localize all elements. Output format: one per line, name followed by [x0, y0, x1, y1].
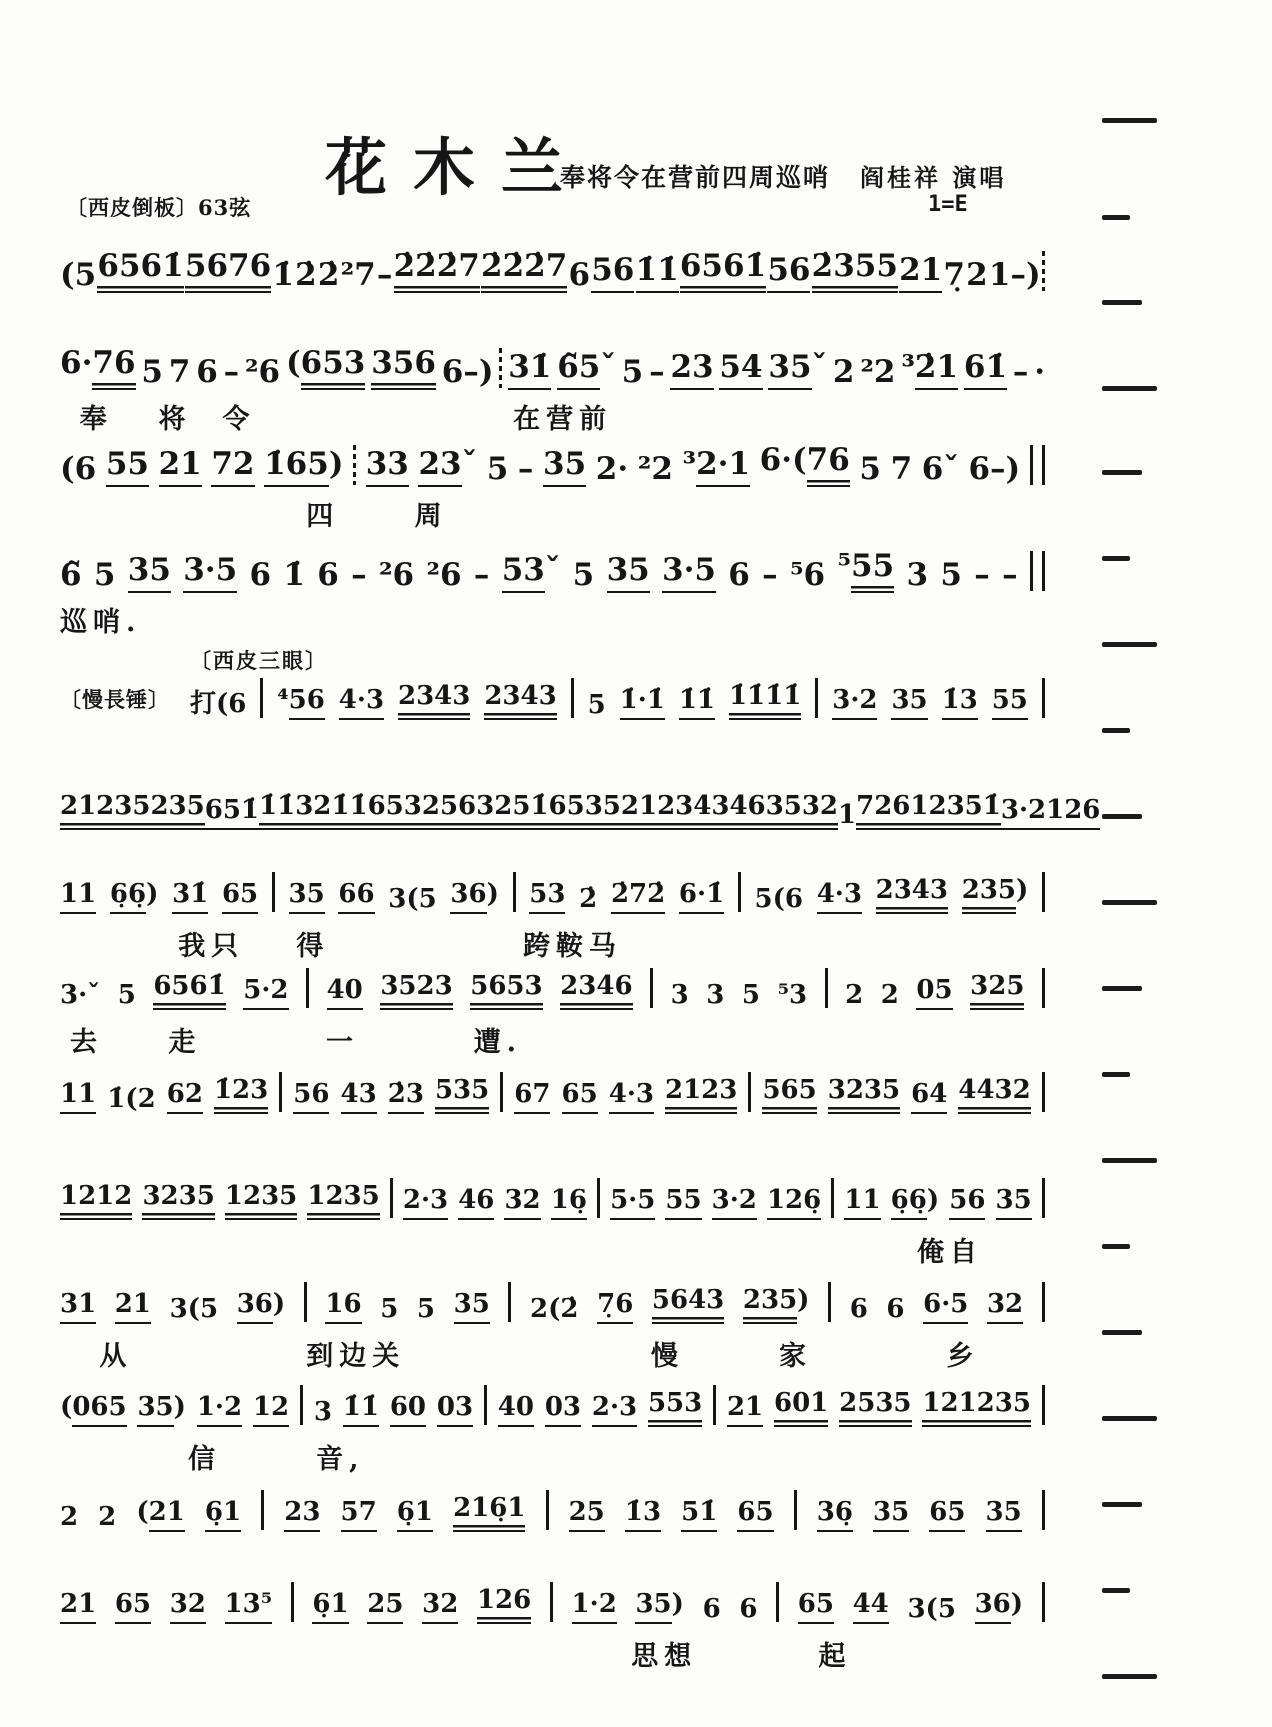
note-token: ²2 [860, 354, 895, 390]
note-token: 3(5 [907, 1594, 955, 1624]
note-token: 1̇1̇ [343, 1392, 379, 1427]
barline [306, 968, 309, 1008]
note-token: 5643 [652, 1285, 724, 1324]
score-line: 3·ˇ56561̇5·240352356532346335⁵32205325去走… [60, 968, 1045, 1010]
lyrics-row: 思想起 [60, 1634, 1045, 1668]
note-token: 7 [169, 354, 191, 390]
barline [1042, 1072, 1045, 1112]
lyric-syllable: 乡 [947, 1334, 980, 1373]
note-token: 3 [671, 980, 689, 1010]
note-token: 5 [94, 557, 116, 593]
note-token: 35 [891, 685, 927, 720]
lyric-syllable: 四 [306, 494, 339, 533]
note-token: 72 [211, 446, 254, 487]
note-token: 2·3 [592, 1392, 637, 1427]
note-token: 1̇65) [264, 446, 343, 487]
note-token: 1235 [307, 1181, 379, 1220]
note-token: 2̇3 [388, 1079, 424, 1114]
note-token: 7261 [856, 791, 928, 830]
note-token: 5 [588, 690, 606, 720]
lyric-syllable: 一 [326, 1020, 359, 1059]
note-token: 25 [569, 1497, 605, 1532]
note-token: 3(5 [170, 1294, 218, 1324]
note-token: ²6 [245, 354, 280, 390]
note-token: – [974, 557, 990, 593]
barline [550, 1582, 553, 1622]
note-token: 1̇23 [214, 1075, 268, 1114]
note-token: 35 [128, 552, 171, 593]
page-title: 花木兰 [325, 118, 589, 207]
score-line: 22(216̣123576̣1216̣1251̇351̇6536̣356535 [60, 1490, 1045, 1532]
barline [508, 1282, 511, 1322]
note-token: 2· [596, 451, 628, 487]
scan-edge-mark [1102, 1244, 1130, 1249]
note-token: 36) [975, 1589, 1024, 1624]
note-token: 21 [899, 252, 942, 293]
notation-row: 〔慢長锤〕打(6⁴564·32343234351̇·1̇1̇1̇1̇1̇1̇1̇… [60, 678, 1045, 720]
note-token: 13⁵ [225, 1589, 273, 1624]
note-token: 6̃5ˇ [557, 349, 616, 390]
note-token: 4346 [693, 791, 765, 830]
note-token: ²2 [638, 451, 673, 487]
scan-edge-mark [1102, 215, 1130, 220]
note-token: 53ˇ [502, 552, 561, 593]
note-token: 2123 [60, 791, 132, 830]
barline [571, 678, 574, 718]
note-token: 35 [454, 1289, 490, 1324]
barline [1042, 251, 1045, 291]
note-token: 5235 [132, 791, 204, 830]
note-token: 2 [966, 257, 988, 293]
note-token: ⁵6 [790, 557, 825, 593]
lyric-syllable: 到边关 [306, 1334, 405, 1373]
note-token: 55 [665, 1185, 701, 1220]
note-token: 1235 [225, 1181, 297, 1220]
barline [1042, 1282, 1045, 1322]
note-token: 2343 [876, 875, 948, 914]
note-token: 5653 [470, 971, 542, 1010]
note-token: 4432 [958, 1075, 1030, 1114]
scan-edge-mark [1102, 556, 1130, 561]
note-token: 6561̇ [97, 248, 183, 293]
note-token: 31̇ [172, 879, 208, 914]
scan-edge-mark [1102, 1158, 1157, 1163]
note-token: 6̣6̣) [891, 1185, 940, 1220]
note-token: 61̇ [964, 349, 1007, 390]
score-line: (65521721̇65)3323ˇ5–352·²2³2·16·(76576ˇ6… [60, 442, 1045, 487]
scan-edge-mark [1102, 728, 1130, 733]
note-token: 2̇ [295, 257, 317, 293]
barline [546, 1490, 549, 1530]
note-token: 601 [774, 1388, 828, 1427]
note-token: 5676 [185, 248, 271, 293]
barline [279, 1072, 282, 1112]
note-token: – [474, 557, 490, 593]
note-token: 2351̇ [929, 791, 1001, 830]
note-token: 2̇ [318, 257, 340, 293]
note-token: ²6 [426, 557, 461, 593]
note-token: 65 [798, 1589, 834, 1624]
lyric-syllable: 在营前 [513, 397, 612, 436]
barline [1030, 445, 1045, 485]
note-token: ⁵55 [837, 548, 894, 593]
note-token: 4·3 [609, 1079, 654, 1114]
note-token: (653 [286, 345, 365, 390]
note-token: 3·5 [662, 552, 716, 593]
lyrics-row: 奉将令在营前 [60, 397, 1045, 431]
note-token: ³2·1 [683, 446, 751, 487]
note-token: 6561̇ [680, 248, 766, 293]
note-token: 3235 [828, 1075, 900, 1114]
performer-credit: 阎桂祥 演唱 [860, 158, 1006, 193]
note-token: 65 [115, 1589, 151, 1624]
note-token: 35) [635, 1589, 684, 1624]
note-token: ⁴56 [277, 685, 325, 720]
barline [776, 1582, 779, 1622]
score-line: (56561̇56761̇2̇2̇²7–2̇2̇2̇72̇2̇2̇76561̇1… [60, 248, 1045, 293]
section-label: 〔西皮三眼〕 [190, 645, 328, 675]
barline [1042, 678, 1045, 718]
barline [815, 678, 818, 718]
barline [748, 1072, 751, 1112]
scan-edge-mark [1102, 1072, 1130, 1077]
note-token: 2 [881, 980, 899, 1010]
notation-row: 31213(536)1655352(2̇7̣65643235)666·532 [60, 1282, 1045, 1324]
score-line: 116̣6̣)31̇6535663(536)532̇2̇72̇6·1̇5(64·… [60, 872, 1045, 914]
lyric-syllable: 周 [415, 494, 448, 533]
note-token: 65 [929, 1497, 965, 1532]
note-token: 65 [562, 1079, 598, 1114]
note-token: 2̇ [579, 884, 597, 914]
note-token: 3·2 [1001, 795, 1046, 830]
lyric-syllable: 家 [779, 1334, 812, 1373]
note-token: 1̇·1̇ [620, 685, 665, 720]
lyric-syllable: 奉 [80, 397, 113, 436]
barline [291, 1582, 294, 1622]
notation-row: 6·76576–²6(6533566–)31̇6̃5ˇ5–235435ˇ2²2³… [60, 345, 1045, 390]
scan-edge-mark [1102, 386, 1157, 391]
note-token: 35ˇ [768, 349, 827, 390]
note-token: 16̣ [551, 1185, 587, 1220]
note-token: 1̇3 [942, 685, 978, 720]
barline [1042, 1490, 1045, 1530]
scan-edge-mark [1102, 300, 1142, 305]
note-token: 553 [648, 1388, 702, 1427]
note-token: 5 [417, 1294, 435, 1324]
scan-edge-mark [1102, 1502, 1142, 1507]
note-token: 5(6 [755, 884, 803, 914]
note-token: 03 [545, 1392, 581, 1427]
note-token: 55 [992, 685, 1028, 720]
note-token: 6535 [549, 791, 621, 830]
note-token: 11 [844, 1185, 880, 1220]
note-token: 60 [390, 1392, 426, 1427]
lyric-syllable: 音, [316, 1437, 364, 1476]
score-line: (06535)1·21231̇1̇600340032·3553216012535… [60, 1385, 1045, 1427]
note-token: 6̣1 [312, 1589, 348, 1624]
note-token: 36) [237, 1289, 286, 1324]
note-token: 31̇ [508, 349, 551, 390]
note-token: 6 [317, 557, 339, 593]
score-line: 21653213⁵6̣125321261·235)6665443(536)思想起 [60, 1582, 1045, 1624]
lyrics-row: 四周 [60, 494, 1045, 528]
barline [500, 1072, 503, 1112]
note-token: 1̇3 [625, 1497, 661, 1532]
lyric-syllable: 思想 [631, 1634, 697, 1673]
note-token: 3532 [766, 791, 838, 830]
section-label-row: 〔西皮三眼〕 [60, 645, 1045, 675]
note-token: 7 [891, 451, 913, 487]
note-token: ²7 [341, 257, 376, 293]
note-token: 2·3 [403, 1185, 448, 1220]
note-token: 1 [838, 800, 856, 830]
note-token: 6·1̇ [679, 879, 724, 914]
note-token: 4·3 [339, 685, 384, 720]
note-token: 2̇2̇2̇7 [481, 248, 567, 293]
score-line: 31213(536)1655352(2̇7̣65643235)666·532从到… [60, 1282, 1045, 1324]
note-token: 535 [435, 1075, 489, 1114]
note-token: 216̣1 [453, 1493, 525, 1532]
note-token: 11 [60, 879, 96, 914]
note-token: · [1034, 354, 1045, 390]
note-token: 56 [767, 252, 810, 293]
note-token: 32 [504, 1185, 540, 1220]
note-token: 2123 [665, 1075, 737, 1114]
note-token: 5 [487, 451, 509, 487]
note-token: 6̣1 [205, 1497, 241, 1532]
score-line: 6·76576–²6(6533566–)31̇6̃5ˇ5–235435ˇ2²2³… [60, 345, 1045, 390]
note-token: 25 [367, 1589, 403, 1624]
note-token: 62 [167, 1079, 203, 1114]
note-token: 打(6 [190, 683, 246, 720]
note-token: 35 [996, 1185, 1032, 1220]
barline [272, 872, 275, 912]
note-token: 6 [728, 557, 750, 593]
note-token: 23 [284, 1497, 320, 1532]
note-token: 5 [622, 354, 644, 390]
barline [825, 968, 828, 1008]
note-token: 3256 [404, 791, 476, 830]
note-token: 32 [170, 1589, 206, 1624]
note-token: 3(5 [388, 884, 436, 914]
note-token: 6̃ [60, 557, 82, 593]
note-token: 3 [314, 1397, 332, 1427]
note-token: 3235 [142, 1181, 214, 1220]
scan-edge-mark [1102, 1674, 1157, 1679]
note-token: 1–) [989, 257, 1041, 293]
note-token: 356 [371, 345, 436, 390]
note-token: 1212 [60, 1181, 132, 1220]
score-line: 6̃5353·561̇6–²6²6–53ˇ5353·56–⁵6⁵5535––巡哨… [60, 548, 1045, 593]
lyrics-row: 去走一遭. [60, 1020, 1045, 1054]
note-token: 5 [859, 451, 881, 487]
note-token: 6ˇ [922, 451, 959, 487]
note-token: 6̣6̣) [110, 879, 159, 914]
note-token: 32 [422, 1589, 458, 1624]
note-token: 12 [253, 1392, 289, 1427]
note-token: 7̣ [943, 257, 965, 293]
note-token: 2 [98, 1502, 116, 1532]
note-token: – [351, 557, 367, 593]
lyric-syllable: 令 [223, 397, 256, 436]
note-token: 6 [703, 1594, 721, 1624]
notation-row: 22(216̣123576̣1216̣1251̇351̇6536̣356535 [60, 1490, 1045, 1532]
note-token: – [762, 557, 778, 593]
score-line: 21235235651̇1̇1̇321̇1̇6532563251̇6535212… [60, 788, 1045, 830]
note-token: 235) [743, 1285, 810, 1324]
note-token: 2 [833, 354, 855, 390]
lyric-syllable: 将 [159, 397, 192, 436]
note-token: 35 [873, 1497, 909, 1532]
note-token: 325 [970, 971, 1024, 1010]
note-token: 5 [742, 980, 760, 1010]
note-token: 3 [706, 980, 724, 1010]
notation-row: 6̃5353·561̇6–²6²6–53ˇ5353·56–⁵6⁵5535–– [60, 548, 1045, 593]
lyrics-row: 我只得跨鞍马 [60, 924, 1045, 958]
lyric-syllable: 走 [168, 1020, 201, 1059]
note-token: ⁵3 [778, 980, 807, 1010]
note-token: 1̇1̇ [636, 252, 679, 293]
scan-edge-mark [1102, 1588, 1130, 1593]
note-token: 5·2 [243, 975, 288, 1010]
note-token: 65 [737, 1497, 773, 1532]
scan-edge-mark [1102, 470, 1142, 475]
note-token: 43 [341, 1079, 377, 1114]
scan-edge-mark [1102, 1416, 1157, 1421]
note-token: 1·2 [197, 1392, 242, 1427]
lyric-syllable: 慢 [651, 1334, 684, 1373]
note-token: 51̇ [681, 1497, 717, 1532]
barline [300, 1385, 303, 1425]
note-token: 5 [573, 557, 595, 593]
note-token: 40 [498, 1392, 534, 1427]
key-signature: 1=E [928, 192, 968, 217]
note-token: 67 [514, 1079, 550, 1114]
note-token: 2(2̇ [530, 1294, 578, 1324]
note-token: 6·5 [923, 1289, 968, 1324]
scan-edge-mark [1102, 986, 1142, 991]
note-token: 1̇1̇ [679, 685, 715, 720]
note-token: – [1002, 557, 1018, 593]
note-token: 23 [670, 349, 713, 390]
notation-row: 3·ˇ56561̇5·240352356532346335⁵32205325 [60, 968, 1045, 1010]
barline [261, 1490, 264, 1530]
note-token: 7̣6 [597, 1289, 633, 1324]
note-token: 36̣ [817, 1497, 853, 1532]
note-token: 6561̇ [153, 971, 225, 1010]
note-token: 235) [962, 875, 1029, 914]
lyrics-row: 信音, [60, 1437, 1045, 1471]
note-token: 57 [341, 1497, 377, 1532]
note-token: 1̇1̇32 [259, 791, 331, 830]
barline [390, 1178, 393, 1218]
note-token: 11 [60, 1079, 96, 1114]
note-token: 6·76 [60, 345, 136, 390]
note-token: 2343 [484, 681, 556, 720]
notation-row: 21235235651̇1̇1̇321̇1̇6532563251̇6535212… [60, 788, 1045, 830]
note-token: 5 [118, 980, 136, 1010]
note-token: 56 [949, 1185, 985, 1220]
note-token: 2 [60, 1502, 78, 1532]
scan-edge-mark [1102, 642, 1157, 647]
note-token: 35 [289, 879, 325, 914]
note-token: 66 [338, 879, 374, 914]
note-token: 565 [762, 1075, 816, 1114]
song-subtitle: 奉将令在营前四周巡哨 [560, 158, 830, 194]
lyric-syllable: 得 [296, 924, 329, 963]
barline [1042, 1582, 1045, 1622]
lyrics-row: 从到边关慢家乡 [60, 1334, 1045, 1368]
note-token: 6·(76 [760, 442, 850, 487]
lyric-syllable: 巡哨. [60, 600, 141, 639]
lyrics-row: 俺自 [60, 1230, 1045, 1264]
score-line: 12123235123512352·3463216̣5·5553·2126̣11… [60, 1178, 1045, 1220]
barline [1042, 1385, 1045, 1425]
notation-row: 21653213⁵6̣125321261·235)6665443(536) [60, 1582, 1045, 1624]
scan-edge-mark [1102, 1330, 1142, 1335]
note-token: 4·3 [817, 879, 862, 914]
note-token: 2̇355 [812, 248, 898, 293]
note-token: 3523 [380, 971, 452, 1010]
note-token: 2123 [621, 791, 693, 830]
barline [484, 1385, 487, 1425]
barline [353, 445, 356, 485]
note-token: 40 [327, 975, 363, 1010]
barline [713, 1385, 716, 1425]
note-token: 56 [293, 1079, 329, 1114]
lyric-syllable: 遭. [474, 1020, 522, 1059]
note-token: 2̇2̇2̇7 [394, 248, 480, 293]
notation-row: 111̇(2621̇2356432̇353567654·321235653235… [60, 1072, 1045, 1114]
note-token: (21 [136, 1497, 185, 1532]
notation-row: 12123235123512352·3463216̣5·5553·2126̣11… [60, 1178, 1045, 1220]
note-token: 21 [115, 1289, 151, 1324]
note-token: 21 [159, 446, 202, 487]
note-token: 36) [450, 879, 499, 914]
note-token: – [1013, 354, 1029, 390]
note-token: 56 [591, 252, 634, 293]
lyric-syllable: 去 [70, 1020, 103, 1059]
lyric-syllable: 俺自 [917, 1230, 983, 1269]
note-token: 23ˇ [418, 446, 477, 487]
score-line: 〔慢長锤〕打(6⁴564·32343234351̇·1̇1̇1̇1̇1̇1̇1̇… [60, 678, 1045, 720]
sheet-music-page: 花木兰 奉将令在营前四周巡哨 阎桂祥 演唱 1=E 〔西皮倒板〕63弦 (565… [0, 0, 1272, 1727]
tempo-label: 〔慢長锤〕 [60, 684, 170, 714]
note-token: 1̇ [272, 257, 294, 293]
note-token: 6–) [442, 354, 494, 390]
barline [597, 1178, 600, 1218]
note-token: 64 [911, 1079, 947, 1114]
note-token: 35 [986, 1497, 1022, 1532]
note-token: 5 [141, 354, 163, 390]
note-token: 5·5 [610, 1185, 655, 1220]
note-token: 6 [850, 1294, 868, 1324]
note-token: (6 [60, 451, 96, 487]
note-token: 6 [886, 1294, 904, 1324]
scan-edge-mark [1102, 900, 1157, 905]
scan-edge-mark [1102, 814, 1142, 819]
note-token: 21 [60, 1589, 96, 1624]
note-token: 54 [719, 349, 762, 390]
barline [1042, 1178, 1045, 1218]
barline [260, 678, 263, 718]
note-token: 1·2 [572, 1589, 617, 1624]
barline [304, 1282, 307, 1322]
note-token: ³2̇1 [901, 349, 958, 390]
note-token: 1̇1̇1̇1̇ [729, 681, 801, 720]
note-token: 55 [106, 446, 149, 487]
note-token: 3·ˇ [60, 980, 100, 1010]
